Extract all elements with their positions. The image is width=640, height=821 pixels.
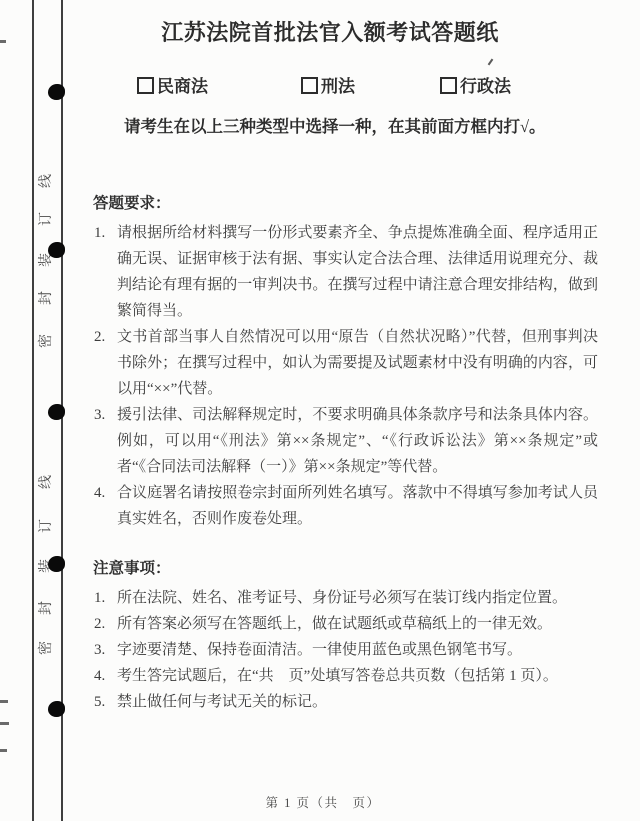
note-item: 3.字迹要清楚、保持卷面清洁。一律使用蓝色或黑色钢笔书写。 <box>93 637 598 663</box>
item-text: 合议庭署名请按照卷宗封面所列姓名填写。落款中不得填写参加考试人员真实姓名，否则作… <box>117 485 598 527</box>
page-footer: 第 1 页（共 页） <box>3 793 640 811</box>
binding-seal-char: 线 <box>39 170 55 192</box>
requirement-item: 4.合议庭署名请按照卷宗封面所列姓名填写。落款中不得填写参加考试人员真实姓名，否… <box>93 480 598 532</box>
checkbox-minshangfa[interactable] <box>137 77 154 94</box>
exam-answer-sheet-page: 线订装封密线订装封密 江苏法院首批法官入额考试答题纸 民商法 刑法 行政法 请考… <box>0 0 640 821</box>
item-text: 所有答案必须写在答题纸上，做在试题纸或草稿纸上的一律无效。 <box>117 616 552 632</box>
page-title: 江苏法院首批法官入额考试答题纸 <box>20 16 640 47</box>
binding-seal-char: 订 <box>39 515 55 537</box>
binding-hole <box>48 701 65 717</box>
option-label-xingzhengfa: 行政法 <box>460 77 511 96</box>
item-number: 5. <box>94 689 105 715</box>
option-label-xingfa: 刑法 <box>321 77 355 96</box>
option-xingzhengfa: 行政法 <box>440 72 511 97</box>
item-number: 1. <box>94 220 105 246</box>
item-number: 3. <box>94 402 105 428</box>
scan-edge-mark <box>0 749 7 752</box>
requirements-section: 答题要求： 1.请根据所给材料撰写一份形式要素齐全、争点提炼准确全面、程序适用正… <box>93 191 598 532</box>
note-item: 1.所在法院、姓名、准考证号、身份证号必须写在装订线内指定位置。 <box>93 585 598 611</box>
binding-hole <box>48 556 65 572</box>
binding-seal-char: 线 <box>39 471 55 493</box>
requirements-heading: 答题要求： <box>93 191 598 217</box>
item-text: 所在法院、姓名、准考证号、身份证号必须写在装订线内指定位置。 <box>117 590 567 606</box>
item-text: 字迹要清楚、保持卷面清洁。一律使用蓝色或黑色钢笔书写。 <box>117 642 522 658</box>
note-item: 4.考生答完试题后，在“共 页”处填写答卷总共页数（包括第 1 页）。 <box>93 663 598 689</box>
item-number: 1. <box>94 585 105 611</box>
option-minshangfa: 民商法 <box>137 72 208 97</box>
item-text: 禁止做任何与考试无关的标记。 <box>117 694 327 710</box>
option-xingfa: 刑法 <box>301 72 355 97</box>
scan-artifact-mark <box>488 59 494 66</box>
item-number: 2. <box>94 324 105 350</box>
requirements-list: 1.请根据所给材料撰写一份形式要素齐全、争点提炼准确全面、程序适用正确无误、证据… <box>93 220 598 532</box>
requirement-item: 2.文书首部当事人自然情况可以用“原告（自然状况略）”代替，但刑事判决书除外；在… <box>93 324 598 402</box>
binding-hole <box>48 404 65 420</box>
notes-section: 注意事项： 1.所在法院、姓名、准考证号、身份证号必须写在装订线内指定位置。2.… <box>93 556 598 715</box>
instruction-text: 请考生在以上三种类型中选择一种，在其前面方框内打√。 <box>124 113 594 137</box>
binding-seal-char: 密 <box>39 330 55 352</box>
item-text: 考生答完试题后，在“共 页”处填写答卷总共页数（包括第 1 页）。 <box>117 668 558 684</box>
note-item: 5.禁止做任何与考试无关的标记。 <box>93 689 598 715</box>
item-text: 请根据所给材料撰写一份形式要素齐全、争点提炼准确全面、程序适用正确无误、证据审核… <box>117 225 598 319</box>
checkbox-xingfa[interactable] <box>301 77 318 94</box>
item-text: 援引法律、司法解释规定时，不要求明确具体条款序号和法条具体内容。例如，可以用“《… <box>117 407 598 475</box>
item-number: 4. <box>94 480 105 506</box>
notes-list: 1.所在法院、姓名、准考证号、身份证号必须写在装订线内指定位置。2.所有答案必须… <box>93 585 598 715</box>
scan-edge-mark <box>0 700 8 703</box>
requirement-item: 3.援引法律、司法解释规定时，不要求明确具体条款序号和法条具体内容。例如，可以用… <box>93 402 598 480</box>
scan-edge-mark <box>0 722 9 725</box>
binding-seal-char: 封 <box>39 287 55 309</box>
notes-heading: 注意事项： <box>93 556 598 582</box>
item-text: 文书首部当事人自然情况可以用“原告（自然状况略）”代替，但刑事判决书除外；在撰写… <box>117 329 598 397</box>
binding-seal-char: 订 <box>39 208 55 230</box>
option-label-minshangfa: 民商法 <box>157 77 208 96</box>
binding-hole <box>48 242 65 258</box>
requirement-item: 1.请根据所给材料撰写一份形式要素齐全、争点提炼准确全面、程序适用正确无误、证据… <box>93 220 598 324</box>
binding-line-outer <box>32 0 34 821</box>
checkbox-xingzhengfa[interactable] <box>440 77 457 94</box>
note-item: 2.所有答案必须写在答题纸上，做在试题纸或草稿纸上的一律无效。 <box>93 611 598 637</box>
binding-seal-char: 封 <box>39 597 55 619</box>
binding-hole <box>48 84 65 100</box>
scan-edge-mark <box>0 40 6 43</box>
item-number: 4. <box>94 663 105 689</box>
binding-seal-char: 密 <box>39 637 55 659</box>
item-number: 2. <box>94 611 105 637</box>
item-number: 3. <box>94 637 105 663</box>
